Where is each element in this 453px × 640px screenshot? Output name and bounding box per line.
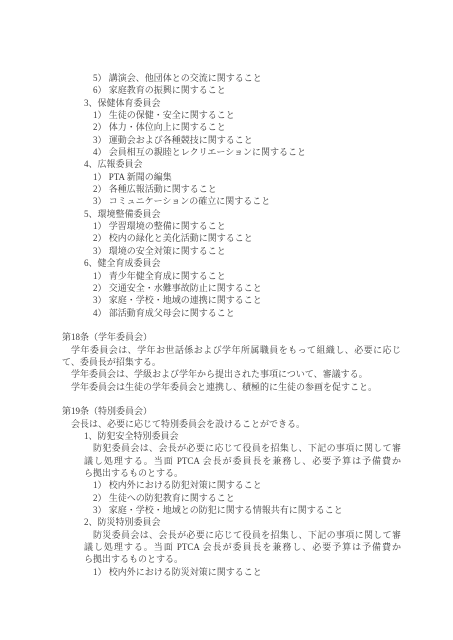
text-line: 6、健全育成委員会 [62,257,401,269]
text-line: 会長は、必要に応じて特別委員会を設けることができる。 [62,418,401,430]
text-line: 学年委員会は生徒の学年委員会と連携し、積極的に生徒の参画を促すこと。 [62,381,401,393]
text-line: 防犯委員会は、会長が必要に応じて役員を招集し、下記の事項に関して審 [62,442,401,454]
text-line: 1） PTA 新聞の編集 [62,171,401,183]
text-line: 4） 会員相互の親睦とレクリエーションに関すること [62,146,401,158]
text-line: 1） 青少年健全育成に関すること [62,270,401,282]
text-line: 2） 校内の緑化と美化活動に関すること [62,232,401,244]
text-line: 1） 学習環境の整備に関すること [62,220,401,232]
text-line: 2） 体力・体位向上に関すること [62,121,401,133]
text-line: 1、防犯安全特別委員会 [62,430,401,442]
text-line: 5） 講演会、他団体との交流に関すること [62,72,401,84]
text-line: 2） 交通安全・水難事故防止に関すること [62,282,401,294]
text-line: 1） 校内外における防犯対策に関すること [62,479,401,491]
text-line: 3） 家庭・学校・地域の連携に関すること [62,294,401,306]
text-line: 3、保健体育委員会 [62,97,401,109]
text-line: 3） 運動会および各種競技に関すること [62,134,401,146]
text-line: 3） コミュニケーションの確立に関すること [62,195,401,207]
text-line: 学年委員会は、学年お世話係および学年所属職員をもって組織し、必要に応じ [62,344,401,356]
text-line: 2、防災特別委員会 [62,516,401,528]
text-line: 6） 家庭教育の振興に関すること [62,84,401,96]
text-line: 1） 校内外における防災対策に関すること [62,566,401,578]
text-line: 議し処理する。当面 PTCA 会長が委員長を兼務し、必要予算は予備費か [62,455,401,467]
text-line: 2） 生徒への防犯教育に関すること [62,492,401,504]
document-page: 5） 講演会、他団体との交流に関すること6） 家庭教育の振興に関すること3、保健… [0,0,453,640]
text-line: 4、広報委員会 [62,158,401,170]
text-line: 第19条（特別委員会） [62,405,401,417]
text-line: 議し処理する。当面 PTCA 会長が委員長を兼務し、必要予算は予備費か [62,541,401,553]
text-line: て、委員長が招集する。 [62,356,401,368]
text-line: 2） 各種広報活動に関すること [62,183,401,195]
text-line: ら拠出するものとする。 [62,553,401,565]
text-line: ら拠出するものとする。 [62,467,401,479]
text-line: 5、環境整備委員会 [62,208,401,220]
text-line: 第18条（学年委員会） [62,331,401,343]
text-line: 1） 生徒の保健・安全に関すること [62,109,401,121]
text-line: 3） 環境の安全対策に関すること [62,245,401,257]
text-line: 学年委員会は、学級および学年から提出された事項について、審議する。 [62,368,401,380]
blank-line [62,393,401,405]
text-line: 防災委員会は、会長が必要に応じて役員を招集し、下記の事項に関して審 [62,529,401,541]
blank-line [62,319,401,331]
text-line: 3） 家庭・学校・地域との防犯に関する情報共有に関すること [62,504,401,516]
document-body: 5） 講演会、他団体との交流に関すること6） 家庭教育の振興に関すること3、保健… [62,72,401,578]
text-line: 4） 部活動育成父母会に関すること [62,307,401,319]
